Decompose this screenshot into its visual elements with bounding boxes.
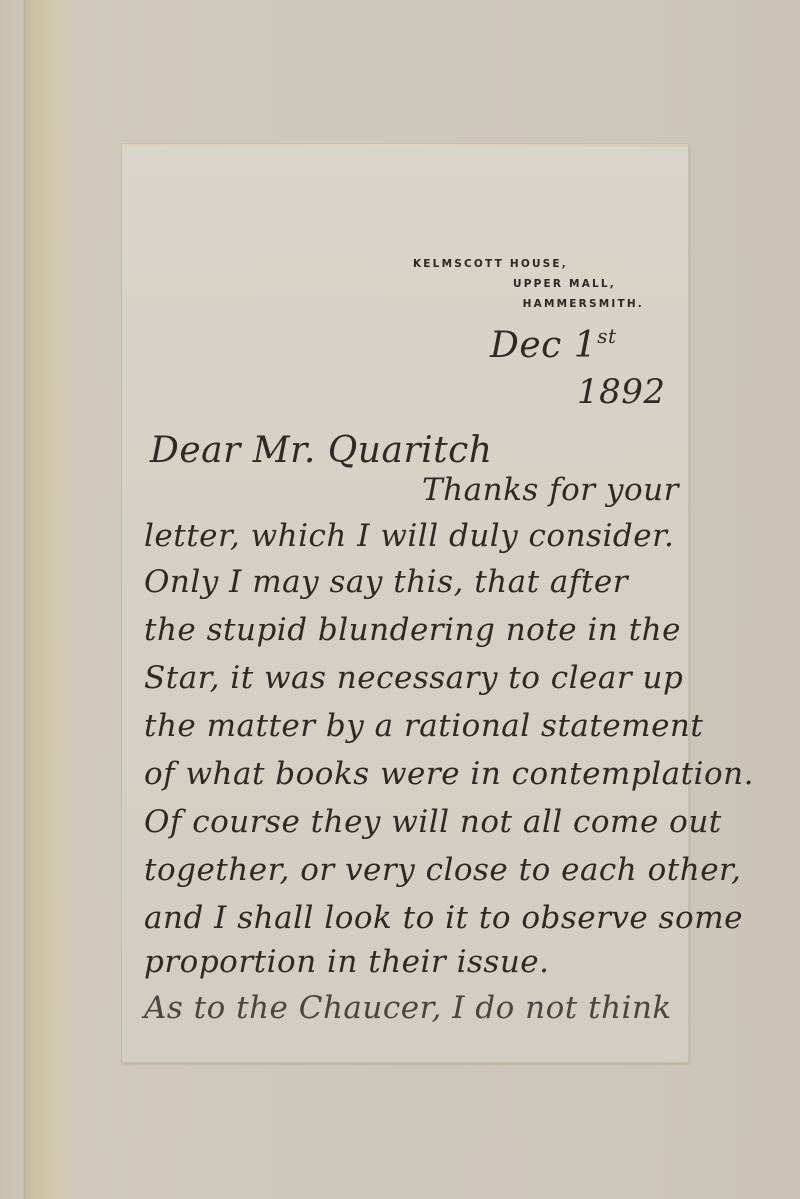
date-day-suffix: st [597,324,616,348]
body-line: Only I may say this, that after [144,564,628,600]
handwritten-date-year: 1892 [577,372,666,412]
date-day: Dec 1 [490,325,597,366]
printed-letterhead: KELMSCOTT HOUSE, UPPER MALL, HAMMERSMITH… [413,254,644,314]
binding-shadow [28,0,78,1199]
body-line: the stupid blundering note in the [144,612,681,648]
body-line: letter, which I will duly consider. [144,518,674,554]
body-line: Thanks for your [422,472,679,508]
body-line: the matter by a rational statement [144,708,703,744]
body-line: together, or very close to each other, [144,852,741,888]
letter-sheet: KELMSCOTT HOUSE, UPPER MALL, HAMMERSMITH… [122,144,688,1062]
letterhead-line-3: HAMMERSMITH. [413,294,644,314]
letterhead-line-2: UPPER MALL, [413,274,616,294]
body-line: Star, it was necessary to clear up [144,660,683,696]
body-line: Of course they will not all come out [144,804,722,840]
body-line: of what books were in contemplation. [144,756,754,792]
body-line: and I shall look to it to observe some [144,900,743,936]
body-line: proportion in their issue. [144,944,550,980]
handwritten-date-day: Dec 1st [490,324,617,366]
letterhead-line-1: KELMSCOTT HOUSE, [413,254,568,274]
body-line: As to the Chaucer, I do not think [144,990,672,1026]
salutation: Dear Mr. Quaritch [150,430,492,471]
